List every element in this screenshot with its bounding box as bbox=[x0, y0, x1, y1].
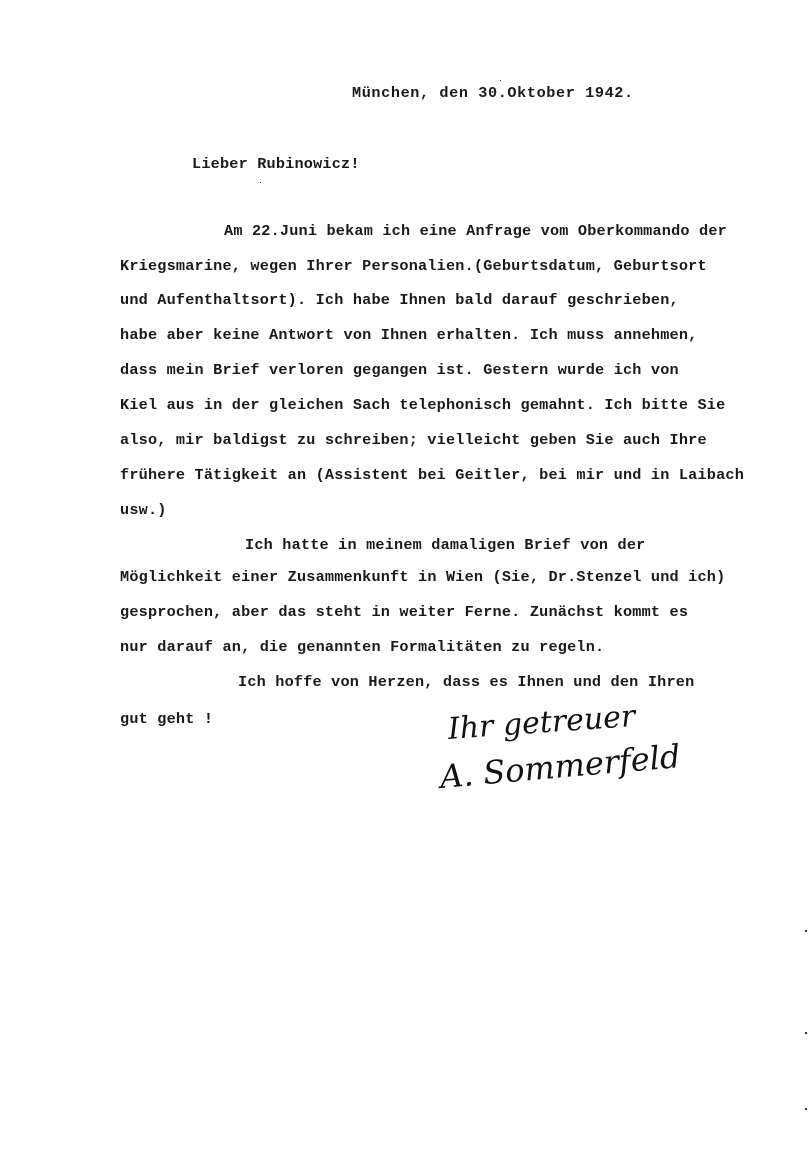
salutation: Lieber Rubinowicz! bbox=[192, 155, 360, 173]
paragraph-2-line-1: Ich hatte in meinem damaligen Brief von … bbox=[245, 536, 646, 554]
paragraph-3-line-2: gut geht ! bbox=[120, 710, 213, 728]
handwritten-closing: Ihr getreuer bbox=[447, 699, 637, 747]
paragraph-1-line-2: Kriegsmarine, wegen Ihrer Personalien.(G… bbox=[120, 257, 707, 275]
paragraph-2-line-4: nur darauf an, die genannten Formalitäte… bbox=[120, 638, 604, 656]
scan-speck bbox=[260, 182, 261, 183]
paragraph-1-line-6: Kiel aus in der gleichen Sach telephonis… bbox=[120, 396, 725, 414]
scan-speck bbox=[805, 930, 807, 932]
paragraph-3-line-1: Ich hoffe von Herzen, dass es Ihnen und … bbox=[238, 673, 694, 691]
paragraph-2-line-2: Möglichkeit einer Zusammenkunft in Wien … bbox=[120, 568, 725, 586]
handwritten-signature: A. Sommerfeld bbox=[438, 737, 681, 796]
dateline: München, den 30.Oktober 1942. bbox=[352, 84, 634, 102]
paragraph-1-line-4: habe aber keine Antwort von Ihnen erhalt… bbox=[120, 326, 697, 344]
paragraph-1-line-7: also, mir baldigst zu schreiben; viellei… bbox=[120, 431, 707, 449]
paragraph-2-line-3: gesprochen, aber das steht in weiter Fer… bbox=[120, 603, 688, 621]
paragraph-1-line-1: Am 22.Juni bekam ich eine Anfrage vom Ob… bbox=[224, 222, 727, 240]
paragraph-1-line-9: usw.) bbox=[120, 501, 167, 519]
paragraph-1-line-3: und Aufenthaltsort). Ich habe Ihnen bald… bbox=[120, 291, 679, 309]
paragraph-1-line-5: dass mein Brief verloren gegangen ist. G… bbox=[120, 361, 679, 379]
scan-speck bbox=[805, 1032, 807, 1034]
letter-page: München, den 30.Oktober 1942. Lieber Rub… bbox=[0, 0, 809, 1150]
paragraph-1-line-8: frühere Tätigkeit an (Assistent bei Geit… bbox=[120, 466, 744, 484]
scan-speck bbox=[805, 1108, 807, 1110]
scan-speck bbox=[500, 80, 501, 81]
